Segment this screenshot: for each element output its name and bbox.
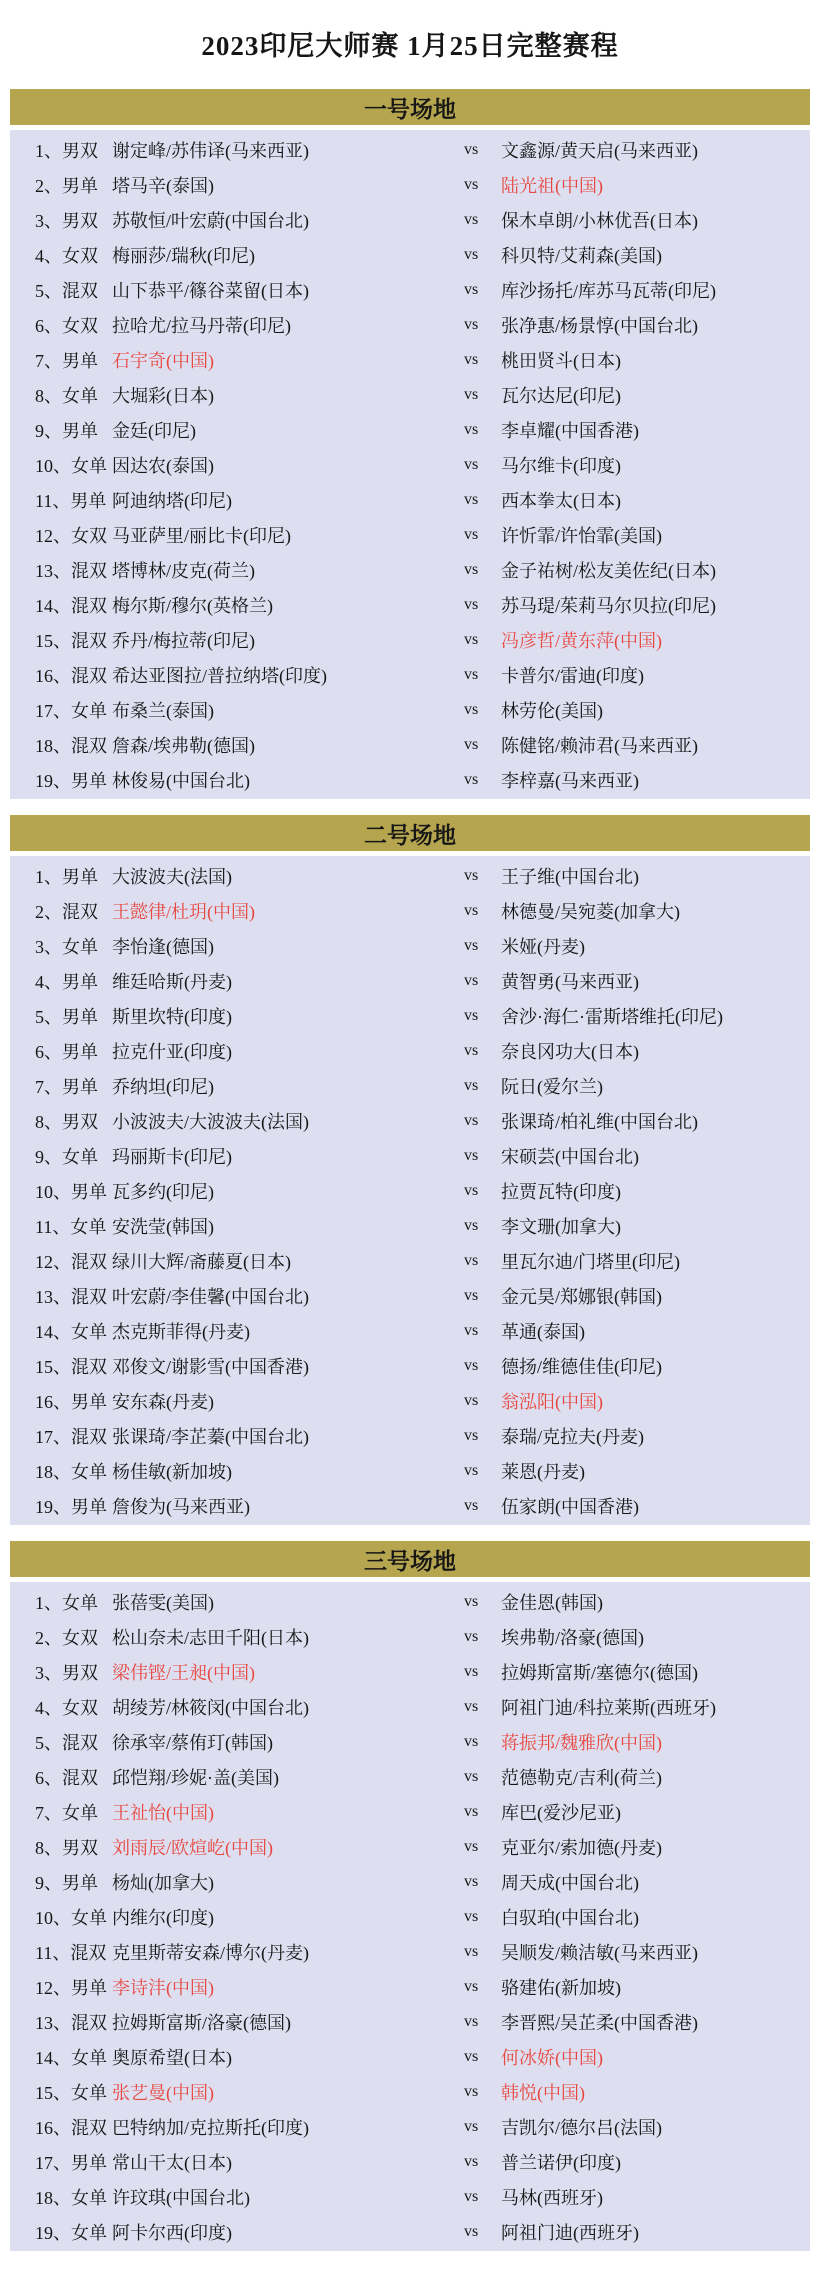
match-number-type: 15、女单 (35, 2079, 112, 2105)
match-row: 15、混双 乔丹/梅拉蒂(印尼) vs 冯彦哲/黄东萍(中国) (10, 622, 810, 657)
vs-label: vs (464, 2118, 501, 2136)
match-number-type: 12、男单 (35, 1974, 112, 2000)
vs-label: vs (464, 2083, 501, 2101)
player-left: 瓦多约(印尼) (112, 1178, 464, 1204)
player-right: 陆光祖(中国) (501, 172, 810, 198)
match-row: 4、男单 维廷哈斯(丹麦) vs 黄智勇(马来西亚) (10, 963, 810, 998)
match-row: 14、混双 梅尔斯/穆尔(英格兰) vs 苏马瑅/茱莉马尔贝拉(印尼) (10, 587, 810, 622)
match-number-type: 10、男单 (35, 1178, 112, 1204)
player-right: 吉凯尔/德尔吕(法国) (501, 2114, 810, 2140)
match-number-type: 13、混双 (35, 1283, 112, 1309)
player-left: 刘雨辰/欧煊屹(中国) (112, 1834, 464, 1860)
player-right: 库巴(爱沙尼亚) (501, 1799, 810, 1825)
match-number-type: 18、女单 (35, 1458, 112, 1484)
match-row: 15、混双 邓俊文/谢影雪(中国香港) vs 德扬/维德佳佳(印尼) (10, 1348, 810, 1383)
player-left: 阿迪纳塔(印尼) (112, 487, 464, 513)
match-row: 9、男单 杨灿(加拿大) vs 周天成(中国台北) (10, 1864, 810, 1899)
vs-label: vs (464, 1733, 501, 1751)
match-row: 13、混双 塔博林/皮克(荷兰) vs 金子祐树/松友美佐纪(日本) (10, 552, 810, 587)
player-right: 拉贾瓦特(印度) (501, 1178, 810, 1204)
vs-label: vs (464, 2048, 501, 2066)
vs-label: vs (464, 1628, 501, 1646)
match-number-type: 16、混双 (35, 2114, 112, 2140)
player-right: 黄智勇(马来西亚) (501, 968, 810, 994)
match-row: 17、混双 张课琦/李芷蓁(中国台北) vs 泰瑞/克拉夫(丹麦) (10, 1418, 810, 1453)
match-number-type: 5、混双 (35, 1729, 112, 1755)
player-right: 科贝特/艾莉森(美国) (501, 242, 810, 268)
match-number-type: 14、女单 (35, 2044, 112, 2070)
player-left: 大波波夫(法国) (112, 863, 464, 889)
match-number-type: 8、男双 (35, 1834, 112, 1860)
vs-label: vs (464, 1978, 501, 1996)
vs-label: vs (464, 211, 501, 229)
court-header: 二号场地 (10, 815, 810, 851)
match-number-type: 5、男单 (35, 1003, 112, 1029)
player-right: 周天成(中国台北) (501, 1869, 810, 1895)
court-header: 一号场地 (10, 89, 810, 125)
vs-label: vs (464, 1943, 501, 1961)
match-number-type: 18、女单 (35, 2184, 112, 2210)
player-left: 巴特纳加/克拉斯托(印度) (112, 2114, 464, 2140)
player-left: 徐承宰/蔡侑玎(韩国) (112, 1729, 464, 1755)
player-right: 阮日(爱尔兰) (501, 1073, 810, 1099)
player-left: 安洗莹(韩国) (112, 1213, 464, 1239)
vs-label: vs (464, 902, 501, 920)
vs-label: vs (464, 246, 501, 264)
vs-label: vs (464, 1217, 501, 1235)
match-number-type: 13、混双 (35, 557, 112, 583)
player-right: 普兰诺伊(印度) (501, 2149, 810, 2175)
player-left: 杨灿(加拿大) (112, 1869, 464, 1895)
match-row: 15、女单 张艺曼(中国) vs 韩悦(中国) (10, 2074, 810, 2109)
player-right: 卡普尔/雷迪(印度) (501, 662, 810, 688)
vs-label: vs (464, 1322, 501, 1340)
match-row: 8、男双 小波波夫/大波波夫(法国) vs 张课琦/柏礼维(中国台北) (10, 1103, 810, 1138)
player-left: 布桑兰(泰国) (112, 697, 464, 723)
player-left: 杨佳敏(新加坡) (112, 1458, 464, 1484)
vs-label: vs (464, 1007, 501, 1025)
match-number-type: 11、男单 (35, 487, 112, 513)
vs-label: vs (464, 1357, 501, 1375)
match-row: 12、女双 马亚萨里/丽比卡(印尼) vs 许忻霏/许怡霏(美国) (10, 517, 810, 552)
match-number-type: 7、女单 (35, 1799, 112, 1825)
player-right: 骆建佑(新加坡) (501, 1974, 810, 2000)
match-number-type: 7、男单 (35, 347, 112, 373)
match-number-type: 3、男双 (35, 207, 112, 233)
player-right: 里瓦尔迪/门塔里(印尼) (501, 1248, 810, 1274)
vs-label: vs (464, 1077, 501, 1095)
court-title: 三号场地 (364, 1543, 456, 1576)
match-number-type: 6、男单 (35, 1038, 112, 1064)
match-number-type: 2、女双 (35, 1624, 112, 1650)
match-number-type: 7、男单 (35, 1073, 112, 1099)
court-section: 二号场地 1、男单 大波波夫(法国) vs 王子维(中国台北) 2、混双 王懿律… (10, 815, 810, 1525)
vs-label: vs (464, 1803, 501, 1821)
player-right: 李卓耀(中国香港) (501, 417, 810, 443)
player-right: 保木卓朗/小林优吾(日本) (501, 207, 810, 233)
player-left: 石宇奇(中国) (112, 347, 464, 373)
player-right: 西本拳太(日本) (501, 487, 810, 513)
player-left: 玛丽斯卡(印尼) (112, 1143, 464, 1169)
match-row: 16、混双 希达亚图拉/普拉纳塔(印度) vs 卡普尔/雷迪(印度) (10, 657, 810, 692)
match-number-type: 19、男单 (35, 1493, 112, 1519)
vs-label: vs (464, 1147, 501, 1165)
match-number-type: 1、男单 (35, 863, 112, 889)
player-left: 林俊易(中国台北) (112, 767, 464, 793)
match-number-type: 4、女双 (35, 1694, 112, 1720)
match-number-type: 11、混双 (35, 1939, 112, 1965)
player-right: 埃弗勒/洛豪(德国) (501, 1624, 810, 1650)
match-row: 19、男单 詹俊为(马来西亚) vs 伍家朗(中国香港) (10, 1488, 810, 1523)
match-row: 3、男双 梁伟铿/王昶(中国) vs 拉姆斯富斯/塞德尔(德国) (10, 1654, 810, 1689)
player-left: 绿川大辉/斋藤夏(日本) (112, 1248, 464, 1274)
player-right: 李文珊(加拿大) (501, 1213, 810, 1239)
player-left: 苏敬恒/叶宏蔚(中国台北) (112, 207, 464, 233)
player-left: 李诗沣(中国) (112, 1974, 464, 2000)
player-left: 山下恭平/篠谷菜留(日本) (112, 277, 464, 303)
match-row: 8、女单 大堀彩(日本) vs 瓦尔达尼(印尼) (10, 377, 810, 412)
match-row: 12、男单 李诗沣(中国) vs 骆建佑(新加坡) (10, 1969, 810, 2004)
player-left: 常山干太(日本) (112, 2149, 464, 2175)
player-right: 何冰娇(中国) (501, 2044, 810, 2070)
player-right: 陈健铭/赖沛君(马来西亚) (501, 732, 810, 758)
player-left: 王懿律/杜玥(中国) (112, 898, 464, 924)
match-row: 7、男单 乔纳坦(印尼) vs 阮日(爱尔兰) (10, 1068, 810, 1103)
vs-label: vs (464, 736, 501, 754)
vs-label: vs (464, 1593, 501, 1611)
player-left: 梅丽莎/瑞秋(印尼) (112, 242, 464, 268)
player-right: 马林(西班牙) (501, 2184, 810, 2210)
vs-label: vs (464, 596, 501, 614)
player-left: 张艺曼(中国) (112, 2079, 464, 2105)
match-number-type: 19、女单 (35, 2219, 112, 2245)
match-number-type: 8、女单 (35, 382, 112, 408)
vs-label: vs (464, 141, 501, 159)
player-right: 林德曼/吴宛菱(加拿大) (501, 898, 810, 924)
player-left: 奥原希望(日本) (112, 2044, 464, 2070)
player-right: 李晋熙/吴芷柔(中国香港) (501, 2009, 810, 2035)
player-left: 乔丹/梅拉蒂(印尼) (112, 627, 464, 653)
player-left: 塔博林/皮克(荷兰) (112, 557, 464, 583)
match-row: 11、混双 克里斯蒂安森/博尔(丹麦) vs 吴顺发/赖洁敏(马来西亚) (10, 1934, 810, 1969)
vs-label: vs (464, 1042, 501, 1060)
match-row: 7、女单 王祉怡(中国) vs 库巴(爱沙尼亚) (10, 1794, 810, 1829)
player-left: 梁伟铿/王昶(中国) (112, 1659, 464, 1685)
player-left: 拉姆斯富斯/洛豪(德国) (112, 2009, 464, 2035)
match-row: 6、女双 拉哈尤/拉马丹蒂(印尼) vs 张净惠/杨景惇(中国台北) (10, 307, 810, 342)
match-row: 16、混双 巴特纳加/克拉斯托(印度) vs 吉凯尔/德尔吕(法国) (10, 2109, 810, 2144)
player-right: 阿祖门迪/科拉莱斯(西班牙) (501, 1694, 810, 1720)
player-left: 金廷(印尼) (112, 417, 464, 443)
player-right: 拉姆斯富斯/塞德尔(德国) (501, 1659, 810, 1685)
match-number-type: 15、混双 (35, 1353, 112, 1379)
vs-label: vs (464, 1497, 501, 1515)
player-right: 张课琦/柏礼维(中国台北) (501, 1108, 810, 1134)
player-right: 翁泓阳(中国) (501, 1388, 810, 1414)
vs-label: vs (464, 1392, 501, 1410)
player-right: 苏马瑅/茱莉马尔贝拉(印尼) (501, 592, 810, 618)
vs-label: vs (464, 2013, 501, 2031)
player-left: 詹俊为(马来西亚) (112, 1493, 464, 1519)
player-left: 乔纳坦(印尼) (112, 1073, 464, 1099)
player-right: 金子祐树/松友美佐纪(日本) (501, 557, 810, 583)
match-row: 9、男单 金廷(印尼) vs 李卓耀(中国香港) (10, 412, 810, 447)
vs-label: vs (464, 1698, 501, 1716)
match-row: 1、男单 大波波夫(法国) vs 王子维(中国台北) (10, 858, 810, 893)
vs-label: vs (464, 1427, 501, 1445)
player-right: 奈良冈功大(日本) (501, 1038, 810, 1064)
vs-label: vs (464, 2223, 501, 2241)
player-left: 拉克什亚(印度) (112, 1038, 464, 1064)
vs-label: vs (464, 771, 501, 789)
player-right: 宋硕芸(中国台北) (501, 1143, 810, 1169)
match-number-type: 1、男双 (35, 137, 112, 163)
match-number-type: 8、男双 (35, 1108, 112, 1134)
player-left: 因达农(泰国) (112, 452, 464, 478)
match-number-type: 16、男单 (35, 1388, 112, 1414)
match-row: 14、女单 杰克斯菲得(丹麦) vs 革通(泰国) (10, 1313, 810, 1348)
match-row: 4、女双 梅丽莎/瑞秋(印尼) vs 科贝特/艾莉森(美国) (10, 237, 810, 272)
player-left: 李怡逢(德国) (112, 933, 464, 959)
player-right: 克亚尔/索加德(丹麦) (501, 1834, 810, 1860)
player-right: 韩悦(中国) (501, 2079, 810, 2105)
vs-label: vs (464, 1838, 501, 1856)
vs-label: vs (464, 1252, 501, 1270)
match-row: 5、混双 徐承宰/蔡侑玎(韩国) vs 蒋振邦/魏雅欣(中国) (10, 1724, 810, 1759)
player-right: 许忻霏/许怡霏(美国) (501, 522, 810, 548)
vs-label: vs (464, 1112, 501, 1130)
court-title: 二号场地 (364, 817, 456, 850)
player-left: 张课琦/李芷蓁(中国台北) (112, 1423, 464, 1449)
player-right: 泰瑞/克拉夫(丹麦) (501, 1423, 810, 1449)
match-row: 10、女单 内维尔(印度) vs 白驭珀(中国台北) (10, 1899, 810, 1934)
match-number-type: 5、混双 (35, 277, 112, 303)
match-number-type: 14、混双 (35, 592, 112, 618)
player-left: 马亚萨里/丽比卡(印尼) (112, 522, 464, 548)
player-left: 大堀彩(日本) (112, 382, 464, 408)
page-title: 2023印尼大师赛 1月25日完整赛程 (0, 0, 820, 89)
vs-label: vs (464, 526, 501, 544)
player-right: 吴顺发/赖洁敏(马来西亚) (501, 1939, 810, 1965)
player-left: 邓俊文/谢影雪(中国香港) (112, 1353, 464, 1379)
vs-label: vs (464, 386, 501, 404)
vs-label: vs (464, 937, 501, 955)
match-number-type: 18、混双 (35, 732, 112, 758)
player-right: 文鑫源/黄天启(马来西亚) (501, 137, 810, 163)
match-row: 3、女单 李怡逢(德国) vs 米娅(丹麦) (10, 928, 810, 963)
match-number-type: 9、男单 (35, 417, 112, 443)
player-left: 杰克斯菲得(丹麦) (112, 1318, 464, 1344)
player-right: 革通(泰国) (501, 1318, 810, 1344)
match-row: 11、女单 安洗莹(韩国) vs 李文珊(加拿大) (10, 1208, 810, 1243)
vs-label: vs (464, 1462, 501, 1480)
match-row: 12、混双 绿川大辉/斋藤夏(日本) vs 里瓦尔迪/门塔里(印尼) (10, 1243, 810, 1278)
player-right: 桃田贤斗(日本) (501, 347, 810, 373)
player-left: 许玟琪(中国台北) (112, 2184, 464, 2210)
vs-label: vs (464, 701, 501, 719)
match-row: 13、混双 叶宏蔚/李佳馨(中国台北) vs 金元昊/郑娜银(韩国) (10, 1278, 810, 1313)
player-left: 维廷哈斯(丹麦) (112, 968, 464, 994)
match-number-type: 17、混双 (35, 1423, 112, 1449)
player-left: 内维尔(印度) (112, 1904, 464, 1930)
match-number-type: 12、女双 (35, 522, 112, 548)
match-number-type: 10、女单 (35, 452, 112, 478)
player-right: 冯彦哲/黄东萍(中国) (501, 627, 810, 653)
player-left: 希达亚图拉/普拉纳塔(印度) (112, 662, 464, 688)
vs-label: vs (464, 666, 501, 684)
match-number-type: 3、男双 (35, 1659, 112, 1685)
player-left: 拉哈尤/拉马丹蒂(印尼) (112, 312, 464, 338)
match-number-type: 14、女单 (35, 1318, 112, 1344)
vs-label: vs (464, 631, 501, 649)
vs-label: vs (464, 1873, 501, 1891)
vs-label: vs (464, 1287, 501, 1305)
player-left: 小波波夫/大波波夫(法国) (112, 1108, 464, 1134)
match-row: 8、男双 刘雨辰/欧煊屹(中国) vs 克亚尔/索加德(丹麦) (10, 1829, 810, 1864)
match-row: 10、女单 因达农(泰国) vs 马尔维卡(印度) (10, 447, 810, 482)
player-left: 塔马辛(泰国) (112, 172, 464, 198)
match-number-type: 1、女单 (35, 1589, 112, 1615)
match-row: 7、男单 石宇奇(中国) vs 桃田贤斗(日本) (10, 342, 810, 377)
player-right: 李梓嘉(马来西亚) (501, 767, 810, 793)
match-row: 9、女单 玛丽斯卡(印尼) vs 宋硕芸(中国台北) (10, 1138, 810, 1173)
match-row: 18、女单 许玟琪(中国台北) vs 马林(西班牙) (10, 2179, 810, 2214)
vs-label: vs (464, 867, 501, 885)
match-row: 2、混双 王懿律/杜玥(中国) vs 林德曼/吴宛菱(加拿大) (10, 893, 810, 928)
match-row: 19、女单 阿卡尔西(印度) vs 阿祖门迪(西班牙) (10, 2214, 810, 2249)
player-right: 阿祖门迪(西班牙) (501, 2219, 810, 2245)
match-number-type: 16、混双 (35, 662, 112, 688)
vs-label: vs (464, 972, 501, 990)
match-row: 10、男单 瓦多约(印尼) vs 拉贾瓦特(印度) (10, 1173, 810, 1208)
match-row: 18、女单 杨佳敏(新加坡) vs 莱恩(丹麦) (10, 1453, 810, 1488)
player-right: 库沙扬托/库苏马瓦蒂(印尼) (501, 277, 810, 303)
match-row: 17、女单 布桑兰(泰国) vs 林劳伦(美国) (10, 692, 810, 727)
match-row: 6、男单 拉克什亚(印度) vs 奈良冈功大(日本) (10, 1033, 810, 1068)
player-right: 莱恩(丹麦) (501, 1458, 810, 1484)
match-number-type: 12、混双 (35, 1248, 112, 1274)
match-row: 16、男单 安东森(丹麦) vs 翁泓阳(中国) (10, 1383, 810, 1418)
vs-label: vs (464, 561, 501, 579)
player-left: 詹森/埃弗勒(德国) (112, 732, 464, 758)
vs-label: vs (464, 281, 501, 299)
match-row: 6、混双 邱恺翔/珍妮·盖(美国) vs 范德勒克/吉利(荷兰) (10, 1759, 810, 1794)
match-list: 1、男单 大波波夫(法国) vs 王子维(中国台北) 2、混双 王懿律/杜玥(中… (10, 856, 810, 1525)
match-number-type: 4、女双 (35, 242, 112, 268)
player-right: 金佳恩(韩国) (501, 1589, 810, 1615)
court-section: 一号场地 1、男双 谢定峰/苏伟译(马来西亚) vs 文鑫源/黄天启(马来西亚)… (10, 89, 810, 799)
player-right: 林劳伦(美国) (501, 697, 810, 723)
player-right: 金元昊/郑娜银(韩国) (501, 1283, 810, 1309)
vs-label: vs (464, 1908, 501, 1926)
court-header: 三号场地 (10, 1541, 810, 1577)
player-left: 松山奈未/志田千阳(日本) (112, 1624, 464, 1650)
player-right: 伍家朗(中国香港) (501, 1493, 810, 1519)
match-number-type: 2、男单 (35, 172, 112, 198)
match-number-type: 10、女单 (35, 1904, 112, 1930)
match-list: 1、男双 谢定峰/苏伟译(马来西亚) vs 文鑫源/黄天启(马来西亚) 2、男单… (10, 130, 810, 799)
player-left: 邱恺翔/珍妮·盖(美国) (112, 1764, 464, 1790)
match-row: 18、混双 詹森/埃弗勒(德国) vs 陈健铭/赖沛君(马来西亚) (10, 727, 810, 762)
vs-label: vs (464, 1663, 501, 1681)
match-number-type: 19、男单 (35, 767, 112, 793)
player-left: 胡绫芳/林筱闵(中国台北) (112, 1694, 464, 1720)
match-number-type: 4、男单 (35, 968, 112, 994)
match-number-type: 11、女单 (35, 1213, 112, 1239)
match-number-type: 13、混双 (35, 2009, 112, 2035)
vs-label: vs (464, 351, 501, 369)
match-row: 2、男单 塔马辛(泰国) vs 陆光祖(中国) (10, 167, 810, 202)
vs-label: vs (464, 1768, 501, 1786)
player-right: 瓦尔达尼(印尼) (501, 382, 810, 408)
match-row: 2、女双 松山奈未/志田千阳(日本) vs 埃弗勒/洛豪(德国) (10, 1619, 810, 1654)
player-left: 叶宏蔚/李佳馨(中国台北) (112, 1283, 464, 1309)
match-row: 11、男单 阿迪纳塔(印尼) vs 西本拳太(日本) (10, 482, 810, 517)
player-left: 王祉怡(中国) (112, 1799, 464, 1825)
vs-label: vs (464, 176, 501, 194)
match-row: 3、男双 苏敬恒/叶宏蔚(中国台北) vs 保木卓朗/小林优吾(日本) (10, 202, 810, 237)
player-left: 张蓓雯(美国) (112, 1589, 464, 1615)
vs-label: vs (464, 491, 501, 509)
vs-label: vs (464, 2188, 501, 2206)
match-number-type: 9、男单 (35, 1869, 112, 1895)
match-row: 1、男双 谢定峰/苏伟译(马来西亚) vs 文鑫源/黄天启(马来西亚) (10, 132, 810, 167)
player-right: 米娅(丹麦) (501, 933, 810, 959)
match-row: 13、混双 拉姆斯富斯/洛豪(德国) vs 李晋熙/吴芷柔(中国香港) (10, 2004, 810, 2039)
match-number-type: 2、混双 (35, 898, 112, 924)
match-number-type: 9、女单 (35, 1143, 112, 1169)
vs-label: vs (464, 456, 501, 474)
vs-label: vs (464, 421, 501, 439)
match-row: 5、混双 山下恭平/篠谷菜留(日本) vs 库沙扬托/库苏马瓦蒂(印尼) (10, 272, 810, 307)
match-list: 1、女单 张蓓雯(美国) vs 金佳恩(韩国) 2、女双 松山奈未/志田千阳(日… (10, 1582, 810, 2251)
court-title: 一号场地 (364, 91, 456, 124)
match-number-type: 3、女单 (35, 933, 112, 959)
match-row: 5、男单 斯里坎特(印度) vs 舍沙·海仁·雷斯塔维托(印尼) (10, 998, 810, 1033)
player-right: 舍沙·海仁·雷斯塔维托(印尼) (501, 1003, 810, 1029)
player-right: 德扬/维德佳佳(印尼) (501, 1353, 810, 1379)
match-row: 19、男单 林俊易(中国台北) vs 李梓嘉(马来西亚) (10, 762, 810, 797)
match-row: 1、女单 张蓓雯(美国) vs 金佳恩(韩国) (10, 1584, 810, 1619)
player-right: 张净惠/杨景惇(中国台北) (501, 312, 810, 338)
vs-label: vs (464, 1182, 501, 1200)
vs-label: vs (464, 2153, 501, 2171)
player-left: 梅尔斯/穆尔(英格兰) (112, 592, 464, 618)
match-row: 14、女单 奥原希望(日本) vs 何冰娇(中国) (10, 2039, 810, 2074)
match-row: 17、男单 常山干太(日本) vs 普兰诺伊(印度) (10, 2144, 810, 2179)
match-number-type: 17、女单 (35, 697, 112, 723)
player-left: 阿卡尔西(印度) (112, 2219, 464, 2245)
player-left: 谢定峰/苏伟译(马来西亚) (112, 137, 464, 163)
match-number-type: 6、女双 (35, 312, 112, 338)
match-number-type: 15、混双 (35, 627, 112, 653)
player-right: 蒋振邦/魏雅欣(中国) (501, 1729, 810, 1755)
schedule-body: 一号场地 1、男双 谢定峰/苏伟译(马来西亚) vs 文鑫源/黄天启(马来西亚)… (0, 89, 820, 2251)
court-section: 三号场地 1、女单 张蓓雯(美国) vs 金佳恩(韩国) 2、女双 松山奈未/志… (10, 1541, 810, 2251)
player-right: 王子维(中国台北) (501, 863, 810, 889)
match-number-type: 6、混双 (35, 1764, 112, 1790)
vs-label: vs (464, 316, 501, 334)
player-left: 斯里坎特(印度) (112, 1003, 464, 1029)
match-row: 4、女双 胡绫芳/林筱闵(中国台北) vs 阿祖门迪/科拉莱斯(西班牙) (10, 1689, 810, 1724)
match-number-type: 17、男单 (35, 2149, 112, 2175)
player-right: 马尔维卡(印度) (501, 452, 810, 478)
player-left: 安东森(丹麦) (112, 1388, 464, 1414)
player-right: 范德勒克/吉利(荷兰) (501, 1764, 810, 1790)
player-left: 克里斯蒂安森/博尔(丹麦) (112, 1939, 464, 1965)
player-right: 白驭珀(中国台北) (501, 1904, 810, 1930)
